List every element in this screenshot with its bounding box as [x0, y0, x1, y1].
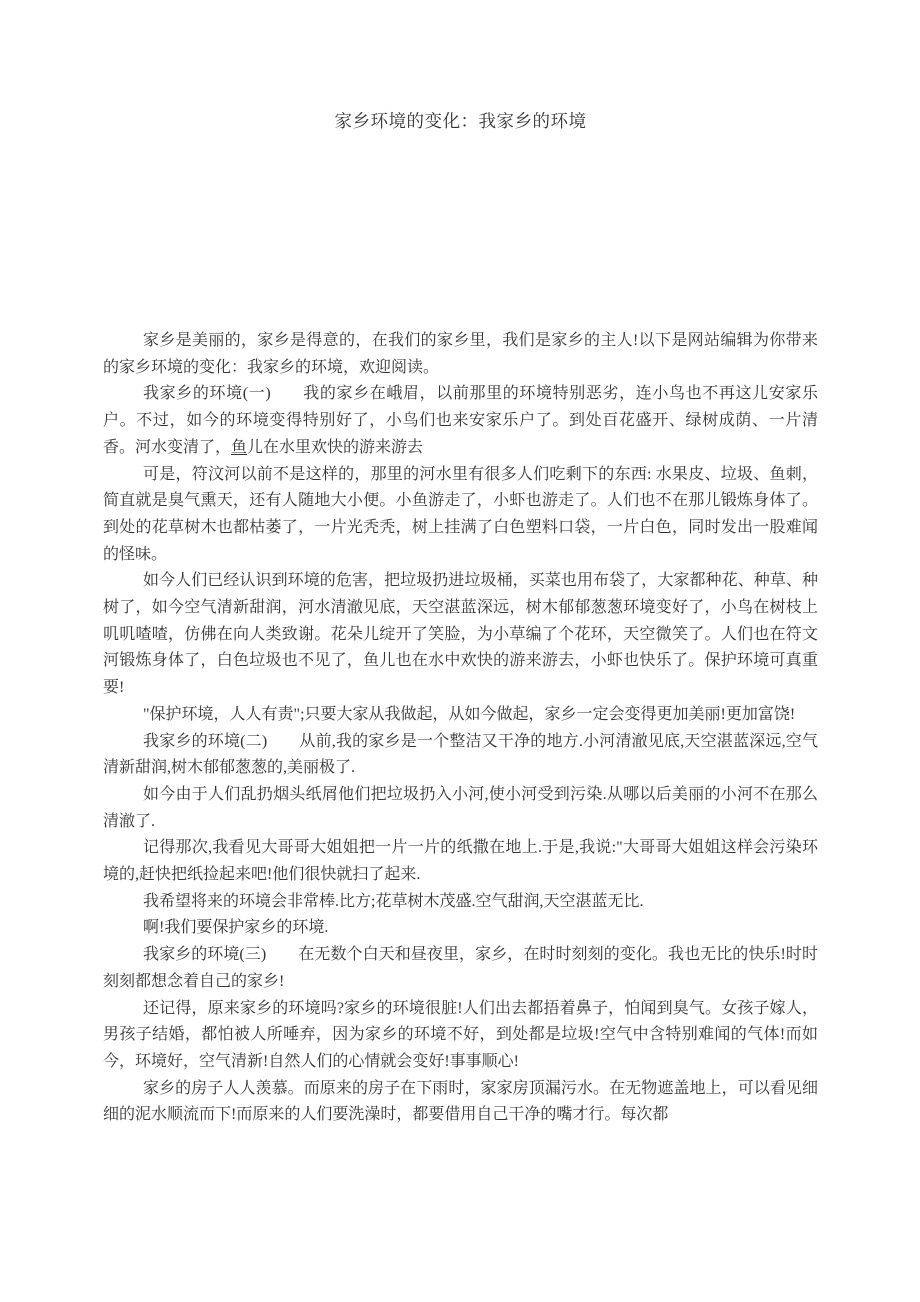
paragraph-text: 儿在水里欢快的游来游去: [247, 439, 423, 456]
paragraph: 啊!我们要保护家乡的环境.: [103, 915, 818, 942]
paragraph-text: 我希望将来的环境会非常棒.比方;花草树木茂盛.空气甜润,天空湛蓝无比.: [143, 893, 643, 910]
paragraph: 记得那次,我看见大哥哥大姐姐把一片一片的纸撒在地上.于是,我说:"大哥哥大姐姐这…: [103, 835, 818, 888]
paragraph-text: 家乡的房子人人羡慕。而原来的房子在下雨时，家家房顶漏污水。在无物遮盖地上，可以看…: [103, 1080, 818, 1124]
paragraph-intro: 家乡是美丽的，家乡是得意的，在我们的家乡里，我们是家乡的主人!以下是网站编辑为你…: [103, 328, 818, 381]
document-content: 家乡环境的变化：我家乡的环境 家乡是美丽的，家乡是得意的，在我们的家乡里，我们是…: [0, 0, 920, 1129]
paragraph: 如今人们已经认识到环境的危害，把垃圾扔进垃圾桶，买菜也用布袋了，大家都种花、种草…: [103, 568, 818, 702]
paragraph: 家乡的房子人人羡慕。而原来的房子在下雨时，家家房顶漏污水。在无物遮盖地上，可以看…: [103, 1076, 818, 1129]
paragraph-text: 家乡是美丽的，家乡是得意的，在我们的家乡里，我们是家乡的主人!以下是网站编辑为你…: [103, 332, 818, 376]
paragraph-text: 还记得，原来家乡的环境吗?家乡的环境很脏!人们出去都捂着鼻子，怕闻到臭气。女孩子…: [103, 1000, 818, 1070]
paragraph-section-3: 我家乡的环境(三)在无数个白天和昼夜里，家乡，在时时刻刻的变化。我也无比的快乐!…: [103, 942, 818, 995]
paragraph-text: "保护环境，人人有责";只要大家从我做起，从如今做起，家乡一定会变得更加美丽!更…: [143, 706, 795, 723]
paragraph: "保护环境，人人有责";只要大家从我做起，从如今做起，家乡一定会变得更加美丽!更…: [103, 702, 818, 729]
title-body-spacer: [103, 136, 818, 328]
paragraph-text: 啊!我们要保护家乡的环境.: [143, 919, 328, 936]
paragraph-text: 如今由于人们乱扔烟头纸屑他们把垃圾扔入小河,使小河受到污染.从哪以后美丽的小河不…: [103, 786, 818, 830]
section-heading: 我家乡的环境(二): [143, 733, 267, 750]
document-page: 家乡环境的变化：我家乡的环境 家乡是美丽的，家乡是得意的，在我们的家乡里，我们是…: [0, 0, 920, 1302]
paragraph: 可是，符汶河以前不是这样的，那里的河水里有很多人们吃剩下的东西: 水果皮、垃圾、…: [103, 462, 818, 569]
paragraph-section-1: 我家乡的环境(一)我的家乡在峨眉，以前那里的环境特别恶劣，连小鸟也不再这儿安家乐…: [103, 381, 818, 461]
paragraph-text: 记得那次,我看见大哥哥大姐姐把一片一片的纸撒在地上.于是,我说:"大哥哥大姐姐这…: [103, 839, 818, 883]
section-heading: 我家乡的环境(一): [143, 385, 271, 402]
paragraph: 如今由于人们乱扔烟头纸屑他们把垃圾扔入小河,使小河受到污染.从哪以后美丽的小河不…: [103, 782, 818, 835]
paragraph: 还记得，原来家乡的环境吗?家乡的环境很脏!人们出去都捂着鼻子，怕闻到臭气。女孩子…: [103, 996, 818, 1076]
paragraph-section-2: 我家乡的环境(二)从前,我的家乡是一个整洁又干净的地方.小河清澈见底,天空湛蓝深…: [103, 729, 818, 782]
paragraph-text: 如今人们已经认识到环境的危害，把垃圾扔进垃圾桶，买菜也用布袋了，大家都种花、种草…: [103, 572, 818, 696]
section-heading: 我家乡的环境(三): [143, 946, 266, 963]
paragraph: 我希望将来的环境会非常棒.比方;花草树木茂盛.空气甜润,天空湛蓝无比.: [103, 889, 818, 916]
document-title: 家乡环境的变化：我家乡的环境: [103, 106, 818, 136]
underlined-char: 鱼: [231, 439, 247, 456]
paragraph-text: 可是，符汶河以前不是这样的，那里的河水里有很多人们吃剩下的东西: 水果皮、垃圾、…: [103, 466, 818, 563]
